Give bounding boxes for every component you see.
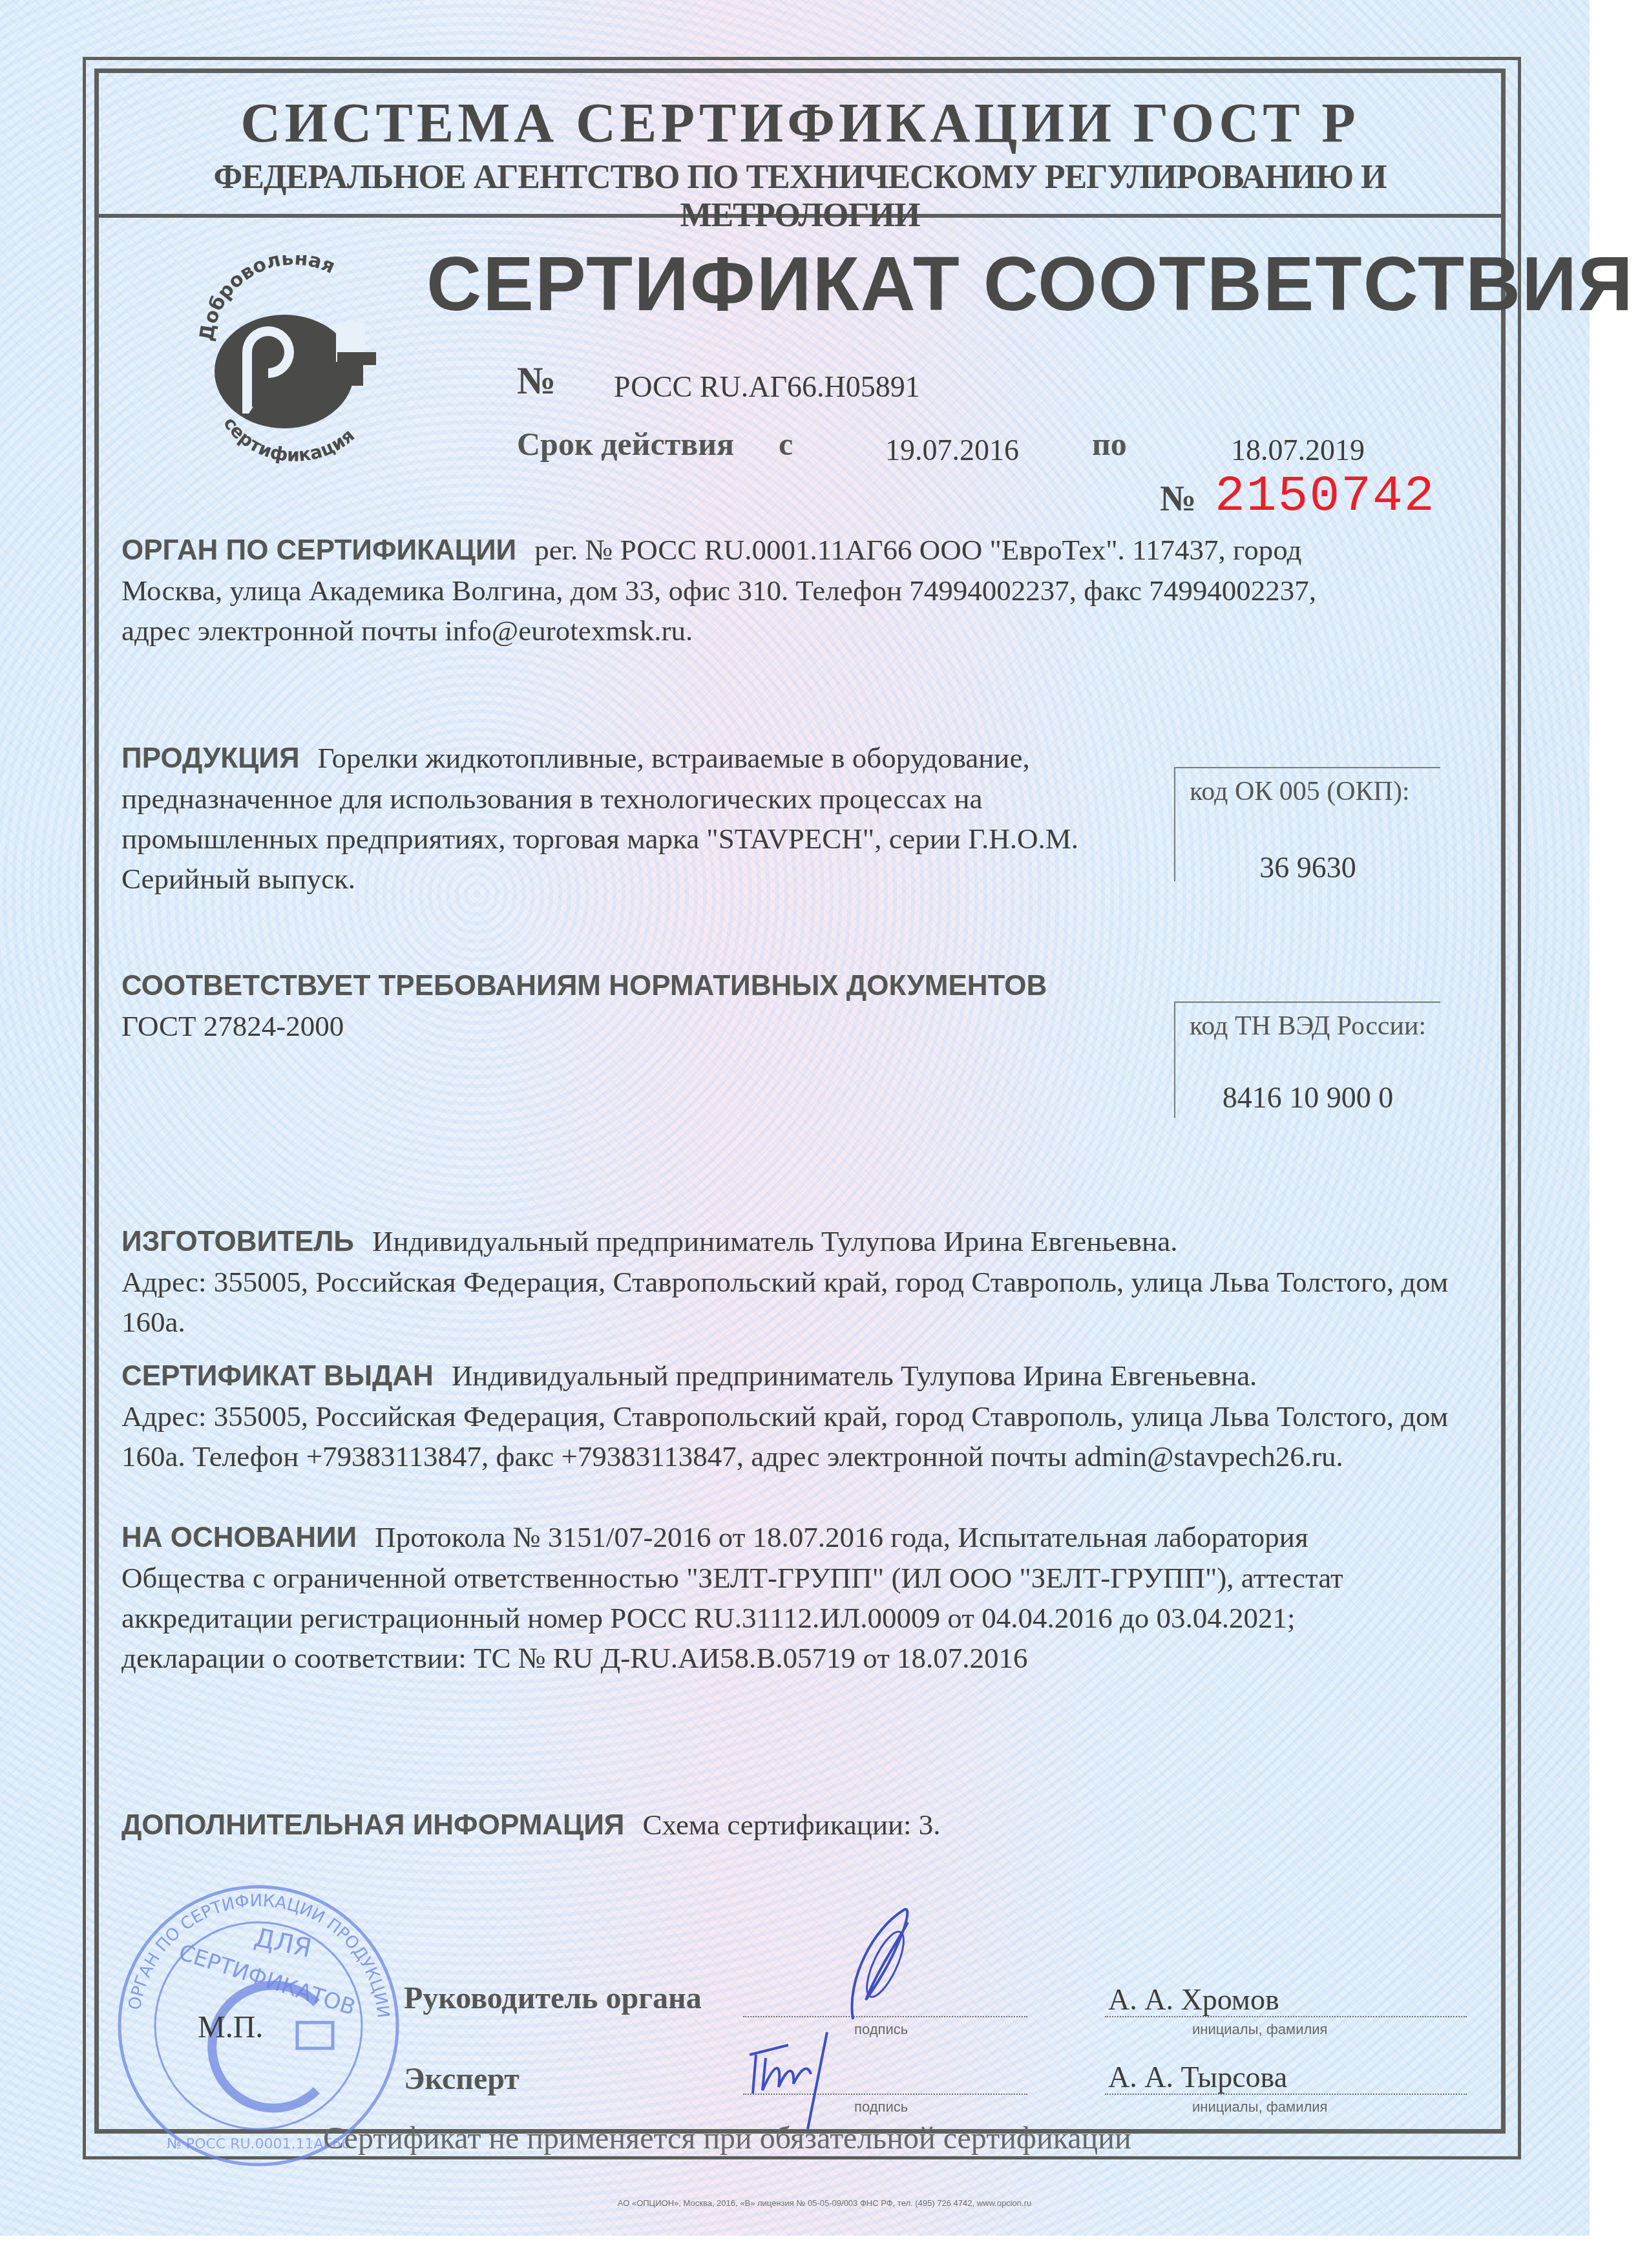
basis-label: НА ОСНОВАНИИ: [121, 1522, 357, 1553]
disclaimer-text: Сертификат не применяется при обязательн…: [323, 2121, 1131, 2156]
number-sign: №: [517, 359, 556, 403]
manufacturer-line-1: Индивидуальный предприниматель Тулупова …: [372, 1225, 1178, 1257]
manufacturer-section: ИЗГОТОВИТЕЛЬИндивидуальный предпринимате…: [121, 1221, 1478, 1342]
issued-to-label: СЕРТИФИКАТ ВЫДАН: [121, 1360, 434, 1392]
certification-body-label: ОРГАН ПО СЕРТИФИКАЦИИ: [121, 534, 516, 566]
validity-to-date: 18.07.2019: [1231, 433, 1365, 467]
blank-number-sign: №: [1160, 478, 1196, 520]
expert-name-line: [1105, 2094, 1467, 2095]
agency-title: ФЕДЕРАЛЬНОЕ АГЕНТСТВО ПО ТЕХНИЧЕСКОМУ РЕ…: [94, 158, 1506, 235]
basis-section: НА ОСНОВАНИИПротокола № 3151/07-2016 от …: [121, 1517, 1478, 1678]
head-of-body-label: Руководитель органа: [404, 1980, 702, 2016]
stamp-place-label: М.П.: [198, 2010, 263, 2045]
expert-signature-icon: [737, 2029, 853, 2132]
tnved-code-box: код ТН ВЭД России: 8416 10 900 0: [1174, 1002, 1440, 1118]
head-name: А. А. Хромов: [1108, 1982, 1279, 2017]
expert-label: Эксперт: [404, 2061, 520, 2097]
head-name-line: [1105, 2016, 1467, 2017]
okp-code-label: код ОК 005 (ОКП):: [1190, 776, 1410, 807]
system-title: СИСТЕМА СЕРТИФИКАЦИИ ГОСТ Р: [94, 90, 1506, 155]
product-label: ПРОДУКЦИЯ: [121, 742, 300, 774]
product-line-2: предназначенное для использования в техн…: [121, 779, 1155, 819]
manufacturer-line-3: 160а.: [121, 1302, 1478, 1342]
head-signature-icon: [840, 1903, 924, 2022]
additional-info-section: ДОПОЛНИТЕЛЬНАЯ ИНФОРМАЦИЯСхема сертифика…: [121, 1805, 1478, 1845]
validity-from-label: с: [779, 425, 793, 463]
validity-to-label: по: [1092, 425, 1127, 463]
expert-signature-caption: подпись: [854, 2099, 908, 2116]
document-title: СЕРТИФИКАТ СООТВЕТСТВИЯ: [426, 240, 1634, 328]
basis-line-4: декларации о соответствии: ТС № RU Д-RU.…: [121, 1638, 1478, 1678]
head-signature-caption: подпись: [854, 2021, 908, 2038]
additional-info-label: ДОПОЛНИТЕЛЬНАЯ ИНФОРМАЦИЯ: [121, 1809, 625, 1841]
validity-from-date: 19.07.2016: [885, 433, 1019, 467]
product-line-3: промышленных предприятиях, торговая марк…: [121, 819, 1155, 859]
product-line-4: Серийный выпуск.: [121, 859, 1155, 899]
compliance-section: СООТВЕТСТВУЕТ ТРЕБОВАНИЯМ НОРМАТИВНЫХ ДО…: [121, 966, 1188, 1046]
certification-body-section: ОРГАН ПО СЕРТИФИКАЦИИрег. № РОСС RU.0001…: [121, 530, 1478, 651]
basis-line-2: Общества с ограниченной ответственностью…: [121, 1558, 1478, 1598]
manufacturer-line-2: Адрес: 355005, Российская Федерация, Ста…: [121, 1262, 1478, 1302]
blank-serial-number: 2150742: [1215, 468, 1436, 525]
additional-info-text: Схема сертификации: 3.: [643, 1809, 941, 1841]
tnved-code-value: 8416 10 900 0: [1175, 1080, 1440, 1115]
issued-to-line-3: 160а. Телефон +79383113847, факс +793831…: [121, 1436, 1478, 1476]
issued-to-line-2: Адрес: 355005, Российская Федерация, Ста…: [121, 1396, 1478, 1436]
manufacturer-label: ИЗГОТОВИТЕЛЬ: [121, 1226, 354, 1257]
product-section: ПРОДУКЦИЯГорелки жидкотопливные, встраив…: [121, 738, 1155, 899]
issued-to-line-1: Индивидуальный предприниматель Тулупова …: [452, 1360, 1257, 1392]
certificate-number: РОСС RU.АГ66.Н05891: [614, 370, 920, 404]
okp-code-value: 36 9630: [1175, 850, 1440, 885]
issued-to-section: СЕРТИФИКАТ ВЫДАНИндивидуальный предприни…: [121, 1356, 1478, 1476]
compliance-standard: ГОСТ 27824-2000: [121, 1006, 1188, 1046]
svg-text:ДЛЯ: ДЛЯ: [251, 1923, 314, 1964]
certification-body-line-1: рег. № РОСС RU.0001.11АГ66 ООО "ЕвроТех"…: [534, 534, 1301, 566]
validity-label: Срок действия: [517, 425, 734, 463]
certification-body-line-3: адрес электронной почты info@eurotexmsk.…: [121, 611, 1478, 651]
expert-name: А. А. Тырсова: [1108, 2060, 1287, 2094]
product-line-1: Горелки жидкотопливные, встраиваемые в о…: [318, 742, 1030, 774]
basis-line-1: Протокола № 3151/07-2016 от 18.07.2016 г…: [375, 1521, 1308, 1553]
printer-imprint: АО «ОПЦИОН», Москва, 2016, «В» лицензия …: [0, 2198, 1649, 2208]
okp-code-box: код ОК 005 (ОКП): 36 9630: [1174, 767, 1440, 881]
rst-voluntary-certification-logo-icon: Добровольная сертификация: [187, 255, 401, 468]
basis-line-3: аккредитации регистрационный номер РОСС …: [121, 1598, 1478, 1638]
certification-body-line-2: Москва, улица Академика Волгина, дом 33,…: [121, 571, 1478, 611]
expert-name-caption: инициалы, фамилия: [1192, 2099, 1328, 2116]
compliance-label: СООТВЕТСТВУЕТ ТРЕБОВАНИЯМ НОРМАТИВНЫХ ДО…: [121, 966, 1170, 1006]
tnved-code-label: код ТН ВЭД России:: [1190, 1011, 1426, 1042]
head-name-caption: инициалы, фамилия: [1192, 2021, 1328, 2038]
